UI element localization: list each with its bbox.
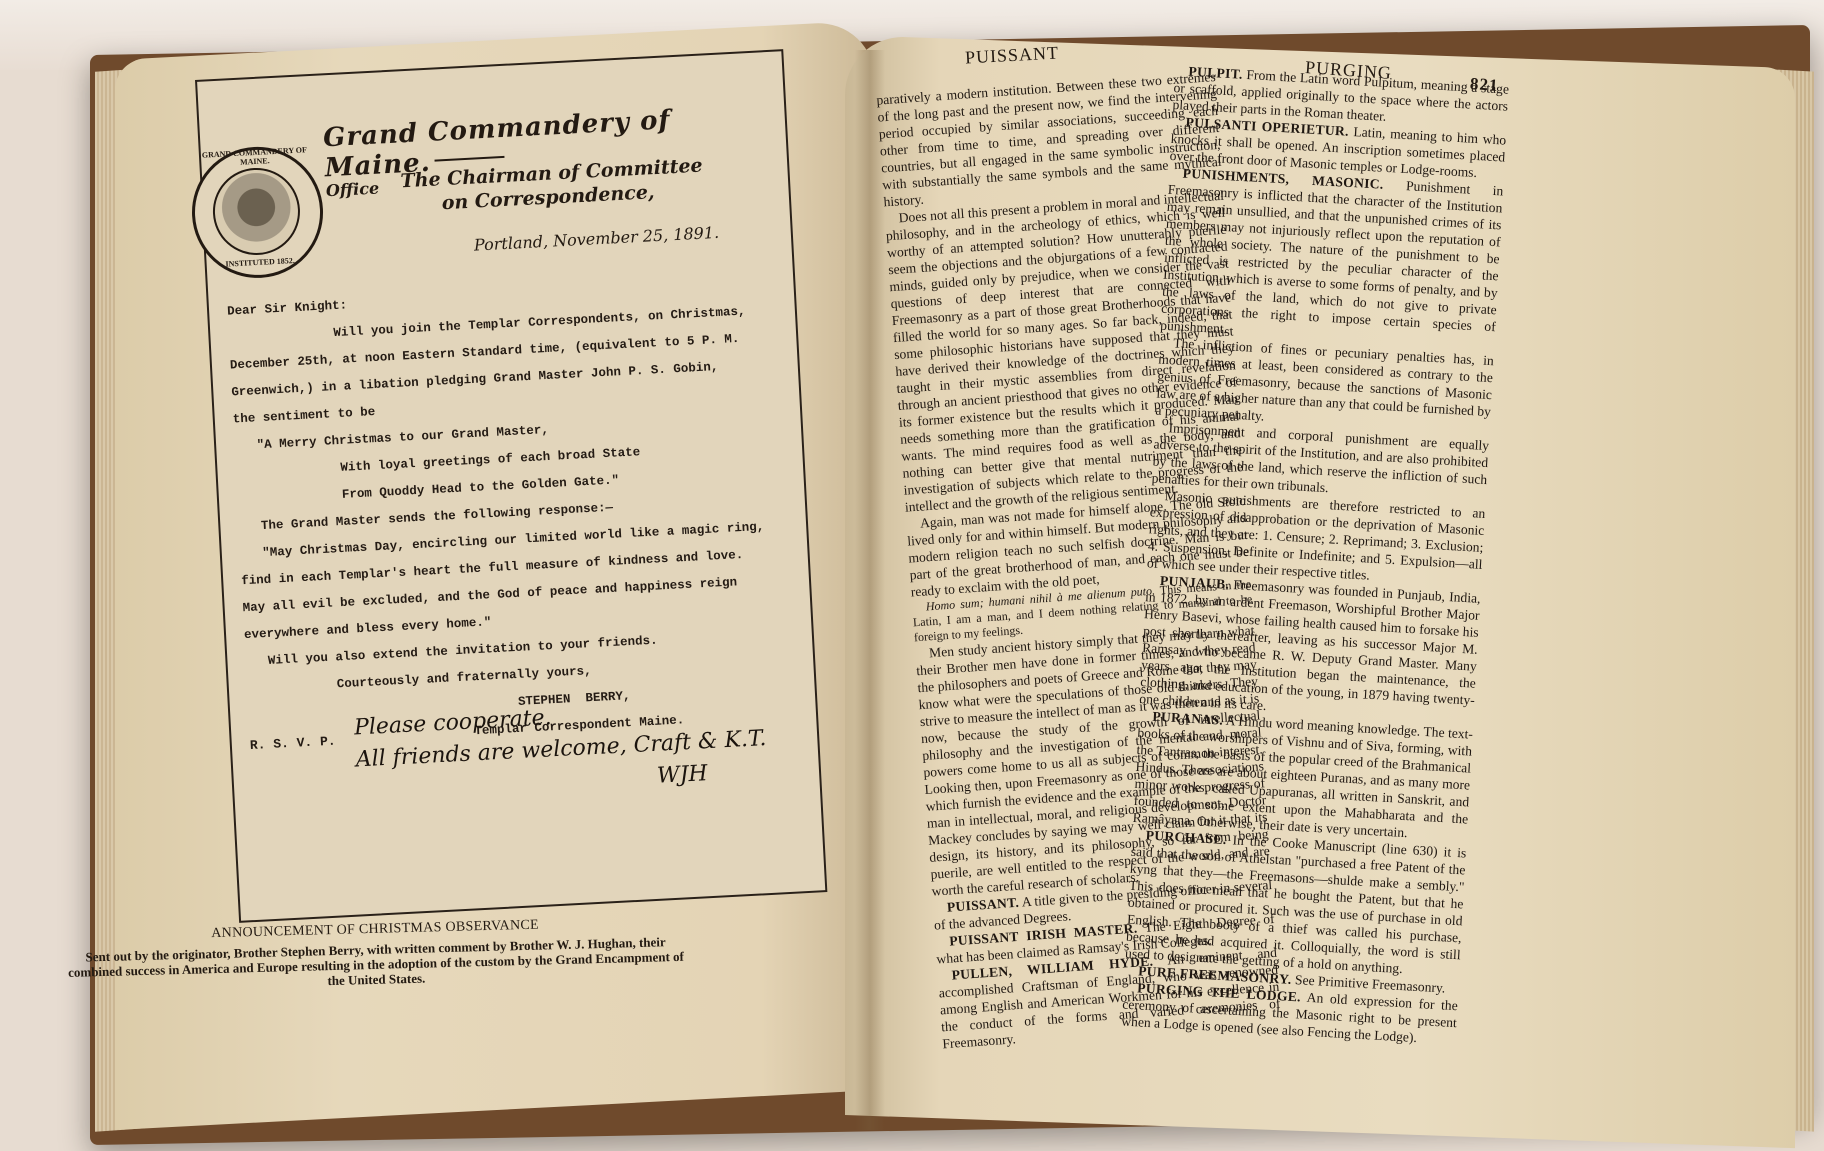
dictionary-entry: PUNJAUB. Freemasonry was founded in Punj… — [1139, 571, 1481, 725]
dictionary-entry: PURANAS. A Hindu word meaning knowledge.… — [1132, 707, 1473, 845]
entry-text: Punishment in Freemasonry is inflicted t… — [1160, 178, 1504, 336]
entry-headword: PULPIT. — [1188, 64, 1243, 82]
text-column-right: PULPIT. From the Latin word Pulpitum, me… — [1121, 62, 1510, 1048]
entry-headword: PURCHASE. — [1145, 828, 1227, 847]
entry-text: In the Cooke Manuscript (line 630) it is… — [1125, 832, 1467, 976]
letter-body: Dear Sir Knight: Will you join the Templ… — [226, 269, 809, 757]
entry-headword: PUNJAUB. — [1160, 573, 1230, 592]
letter-plate: GRAND COMMANDERY OF MAINE. INSTITUTED 18… — [195, 49, 839, 929]
entry-headword: PURANAS. — [1152, 709, 1223, 728]
seal-emblem — [211, 166, 302, 257]
dictionary-entry: PURCHASE. In the Cooke Manuscript (line … — [1125, 826, 1467, 980]
office-mark: Office — [325, 179, 379, 201]
book-gutter — [855, 50, 885, 1130]
entry-text: A Hindu word meaning knowledge. The text… — [1132, 713, 1473, 840]
dictionary-entry: PUNISHMENTS, MASONIC. Punishment in Free… — [1160, 164, 1504, 352]
entry-text: Freemasonry was founded in Punjaub, Indi… — [1139, 577, 1481, 713]
